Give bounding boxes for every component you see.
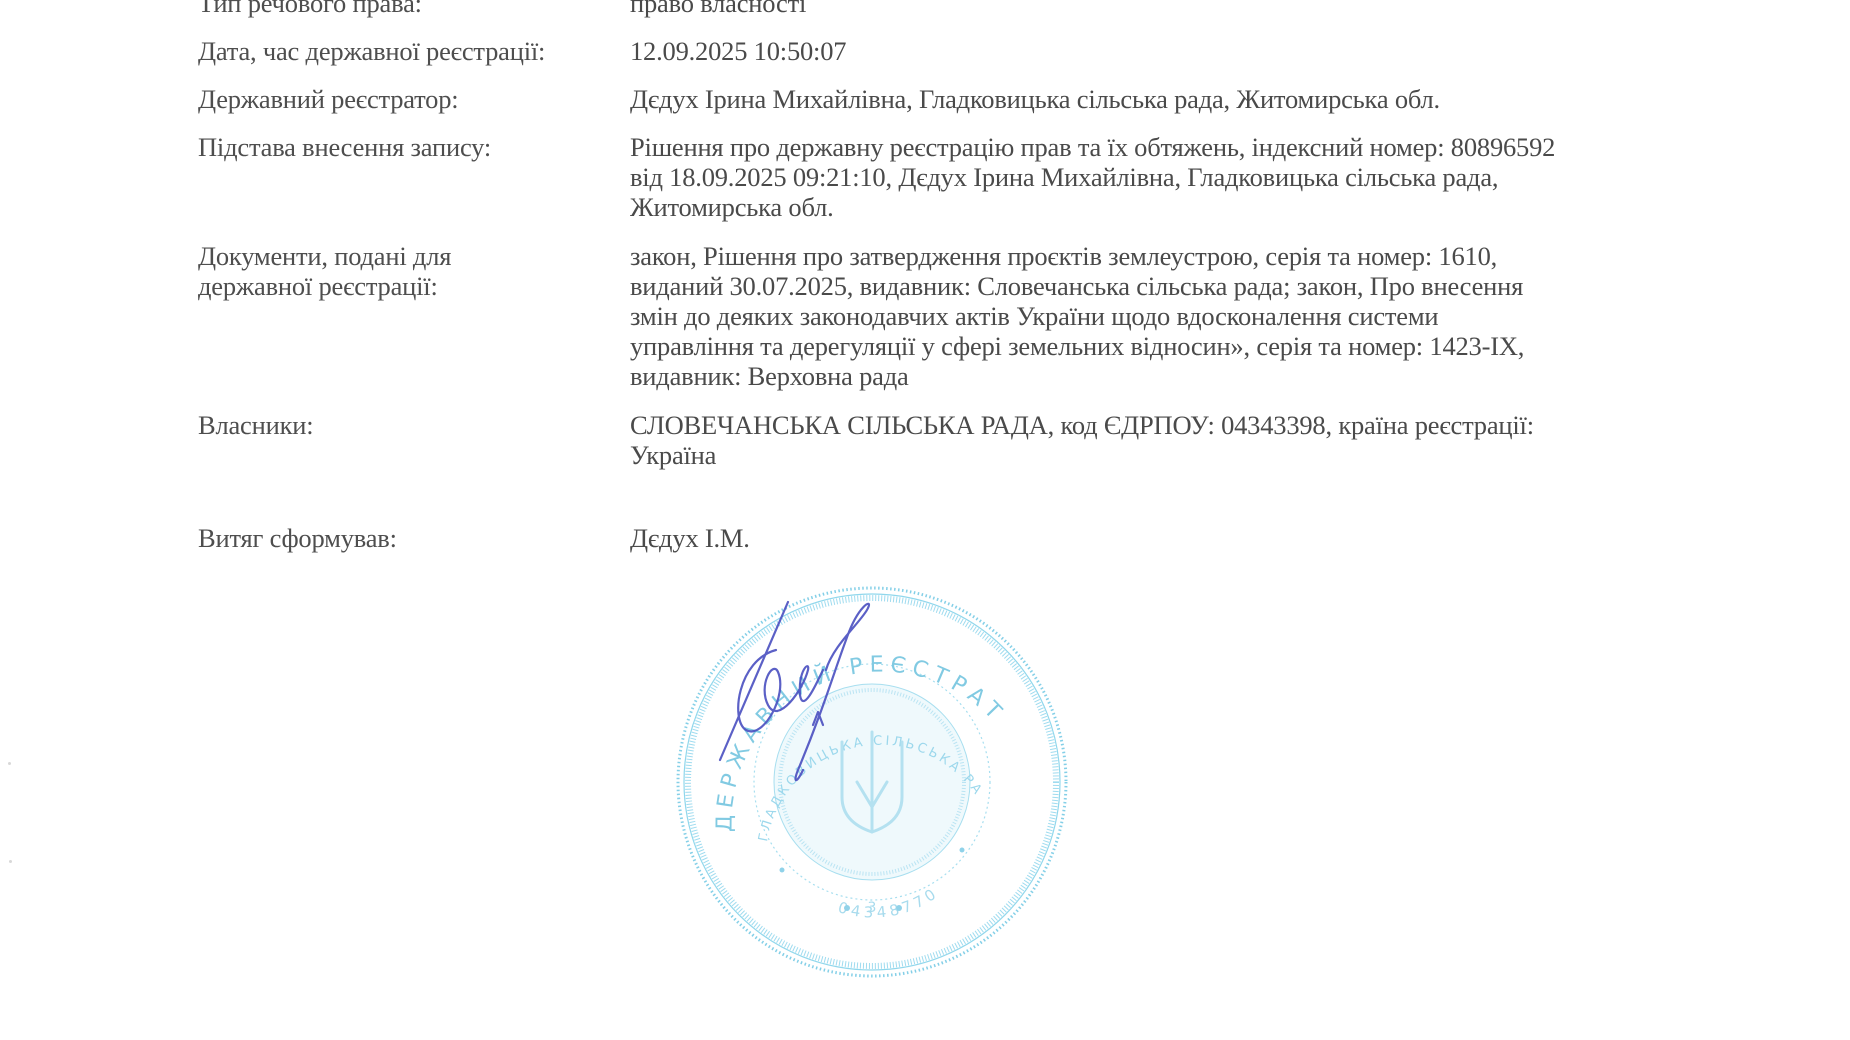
value-line: управління та дерегуляції у сфері земель… [630,331,1738,361]
value-right-type: право власності [630,0,1738,18]
row-registration-date: Дата, час державної реєстрації: 12.09.20… [198,36,1738,66]
row-owners: Власники: СЛОВЕЧАНСЬКА СІЛЬСЬКА РАДА, ко… [198,410,1738,470]
value-line: від 18.09.2025 09:21:10, Дєдух Ірина Мих… [630,162,1738,192]
label-line: Витяг сформував: [198,523,397,553]
row-submitted-documents: Документи, подані для державної реєстрац… [198,241,1738,391]
value-line: СЛОВЕЧАНСЬКА СІЛЬСЬКА РАДА, код ЄДРПОУ: … [630,410,1738,440]
stamp-number: 3 [868,900,877,916]
scan-artifact [9,860,12,863]
value-line: право власності [630,0,1738,18]
label-line: Тип речового права: [198,0,422,18]
row-entry-basis: Підстава внесення запису: Рішення про де… [198,132,1738,222]
value-line: виданий 30.07.2025, видавник: Словечансь… [630,271,1738,301]
row-right-type: Тип речового права: право власності [198,0,1738,18]
label-registrar: Державний реєстратор: [198,84,630,114]
label-line: Державний реєстратор: [198,84,458,114]
svg-text:04348770: 04348770 [836,883,942,921]
stamp-code: 04348770 [836,883,942,921]
row-extract-formed-by: Витяг сформував: Дєдух І.М. [198,523,1738,553]
value-owners: СЛОВЕЧАНСЬКА СІЛЬСЬКА РАДА, код ЄДРПОУ: … [630,410,1738,470]
registry-extract: Тип речового права: право власності Дата… [198,0,1738,553]
signature-icon [718,600,888,790]
value-line: Житомирська обл. [630,192,1738,222]
label-line: Дата, час державної реєстрації: [198,36,545,66]
label-entry-basis: Підстава внесення запису: [198,132,630,162]
label-line: державної реєстрації: [198,271,630,301]
label-extract-formed-by: Витяг сформував: [198,523,630,553]
label-registration-date: Дата, час державної реєстрації: [198,36,630,66]
label-line: Підстава внесення запису: [198,132,491,162]
value-line: видавник: Верховна рада [630,361,1738,391]
label-line: Власники: [198,410,313,440]
row-registrar: Державний реєстратор: Дєдух Ірина Михайл… [198,84,1738,114]
value-extract-formed-by: Дєдух І.М. [630,523,1738,553]
value-line: змін до деяких законодавчих актів Україн… [630,301,1738,331]
value-line: закон, Рішення про затвердження проєктів… [630,241,1738,271]
label-owners: Власники: [198,410,630,440]
label-line: Документи, подані для [198,241,630,271]
value-line: Дєдух Ірина Михайлівна, Гладковицька сіл… [630,84,1738,114]
label-right-type: Тип речового права: [198,0,630,18]
value-entry-basis: Рішення про державну реєстрацію прав та … [630,132,1738,222]
value-registrar: Дєдух Ірина Михайлівна, Гладковицька сіл… [630,84,1738,114]
value-line: 12.09.2025 10:50:07 [630,36,1738,66]
value-line: Дєдух І.М. [630,523,1738,553]
value-registration-date: 12.09.2025 10:50:07 [630,36,1738,66]
scan-artifact [8,762,11,765]
value-line: Рішення про державну реєстрацію прав та … [630,132,1738,162]
label-submitted-documents: Документи, подані для державної реєстрац… [198,241,630,301]
value-submitted-documents: закон, Рішення про затвердження проєктів… [630,241,1738,391]
value-line: Україна [630,440,1738,470]
